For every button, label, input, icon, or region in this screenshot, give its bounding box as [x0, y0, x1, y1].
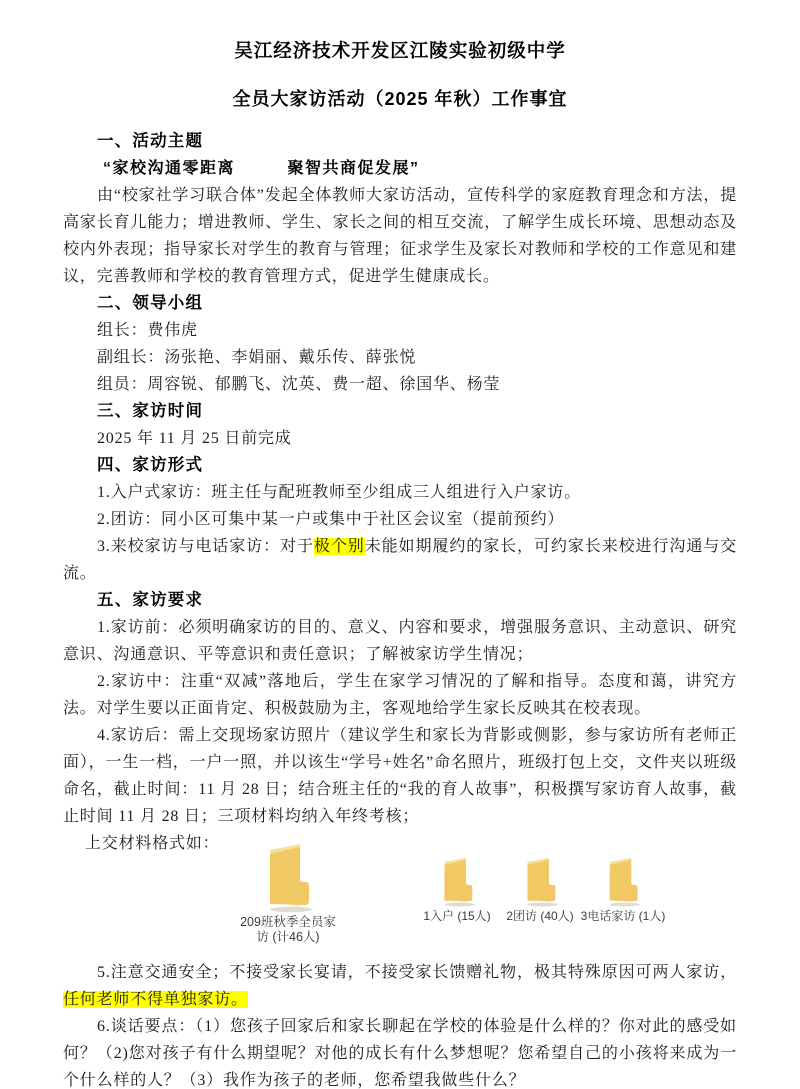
- highlighted-text: 任何老师不得单独家访。: [63, 991, 248, 1008]
- paragraph: 4.家访后：需上交现场家访照片（建议学生和家长为背影或侧影，参与家访所有老师正面…: [63, 722, 737, 830]
- text-run: 组长：费伟虎: [97, 322, 198, 339]
- paragraph: 2025 年 11 月 25 日前完成: [63, 425, 737, 452]
- document-page: 吴江经济技术开发区江陵实验初级中学 全员大家访活动（2025 年秋）工作事宜 一…: [0, 0, 800, 1089]
- folder-item: 2团访 (40人): [506, 857, 573, 924]
- quote-line: “家校沟通零距离 聚智共商促发展”: [63, 155, 737, 182]
- folder-item: 3电话家访 (1人): [581, 857, 666, 924]
- text-run: 6.谈话要点：（1）您孩子回家后和家长聊起在学校的体验是什么样的？你对此的感受如…: [63, 1018, 737, 1089]
- folder-item: 209班秋季全员家访 (计46人): [236, 843, 340, 945]
- paragraph: 6.谈话要点：（1）您孩子回家后和家长聊起在学校的体验是什么样的？你对此的感受如…: [63, 1013, 737, 1089]
- folder-icon: [520, 857, 560, 907]
- section-heading: 一、活动主题: [63, 128, 737, 155]
- folders-figure: 209班秋季全员家访 (计46人)1入户 (15人)2团访 (40人)3电话家访…: [63, 845, 737, 959]
- paragraph: 3.来校家访与电话家访：对于极个别未能如期履约的家长，可约家长来校进行沟通与交流…: [63, 533, 737, 587]
- text-run: 1.家访前：必须明确家访的目的、意义、内容和要求，增强服务意识、主动意识、研究意…: [63, 619, 737, 663]
- folder-icon: [603, 857, 643, 907]
- text-run: 一、活动主题: [97, 132, 203, 150]
- paragraph: 由“校家社学习联合体”发起全体教师大家访活动，宣传科学的家庭教育理念和方法，提高…: [63, 182, 737, 290]
- folder-label: 209班秋季全员家访 (计46人): [236, 915, 340, 945]
- document-title: 吴江经济技术开发区江陵实验初级中学: [63, 38, 737, 64]
- section-heading: 五、家访要求: [63, 587, 737, 614]
- text-run: 三、家访时间: [97, 402, 203, 420]
- document-body: 一、活动主题“家校沟通零距离 聚智共商促发展”由“校家社学习联合体”发起全体教师…: [63, 128, 737, 1089]
- folder-item: 1入户 (15人): [423, 857, 490, 924]
- text-run: 四、家访形式: [97, 456, 203, 474]
- text-run: 2.团访：同小区可集中某一户或集中于社区会议室（提前预约）: [97, 511, 564, 528]
- paragraph: 组员：周容锐、郁鹏飞、沈英、费一超、徐国华、杨莹: [63, 371, 737, 398]
- paragraph: 1.家访前：必须明确家访的目的、意义、内容和要求，增强服务意识、主动意识、研究意…: [63, 614, 737, 668]
- text-run: 4.家访后：需上交现场家访照片（建议学生和家长为背影或侧影，参与家访所有老师正面…: [63, 727, 737, 825]
- paragraph: 组长：费伟虎: [63, 317, 737, 344]
- text-run: “家校沟通零距离 聚智共商促发展”: [103, 160, 420, 177]
- folder-label: 1入户 (15人): [423, 909, 490, 924]
- text-run: 2.家访中：注重“双减”落地后，学生在家学习情况的了解和指导。态度和蔼，讲究方法…: [63, 673, 737, 717]
- paragraph: 5.注意交通安全；不接受家长宴请，不接受家长馈赠礼物，极其特殊原因可两人家访，任…: [63, 959, 737, 1013]
- folder-label: 3电话家访 (1人): [581, 909, 666, 924]
- text-run: 由“校家社学习联合体”发起全体教师大家访活动，宣传科学的家庭教育理念和方法，提高…: [63, 187, 737, 285]
- text-run: 组员：周容锐、郁鹏飞、沈英、费一超、徐国华、杨莹: [97, 376, 500, 393]
- text-run: 五、家访要求: [97, 591, 203, 609]
- paragraph: 副组长：汤张艳、李娟丽、戴乐传、薛张悦: [63, 344, 737, 371]
- folder-icon: [260, 843, 316, 913]
- text-run: 5.注意交通安全；不接受家长宴请，不接受家长馈赠礼物，极其特殊原因可两人家访，: [97, 964, 737, 981]
- document-subtitle: 全员大家访活动（2025 年秋）工作事宜: [63, 86, 737, 112]
- highlighted-text: 极个别: [314, 538, 365, 555]
- section-heading: 三、家访时间: [63, 398, 737, 425]
- text-run: 副组长：汤张艳、李娟丽、戴乐传、薛张悦: [97, 349, 416, 366]
- section-heading: 四、家访形式: [63, 452, 737, 479]
- text-run: 3.来校家访与电话家访：对于: [97, 538, 314, 555]
- folder-icon: [437, 857, 477, 907]
- paragraph: 1.入户式家访：班主任与配班教师至少组成三人组进行入户家访。: [63, 479, 737, 506]
- paragraph: 2.团访：同小区可集中某一户或集中于社区会议室（提前预约）: [63, 506, 737, 533]
- folder-label: 2团访 (40人): [506, 909, 573, 924]
- section-heading: 二、领导小组: [63, 290, 737, 317]
- paragraph: 2.家访中：注重“双减”落地后，学生在家学习情况的了解和指导。态度和蔼，讲究方法…: [63, 668, 737, 722]
- text-run: 2025 年 11 月 25 日前完成: [97, 430, 292, 447]
- text-run: 二、领导小组: [97, 294, 203, 312]
- text-run: 1.入户式家访：班主任与配班教师至少组成三人组进行入户家访。: [97, 484, 581, 501]
